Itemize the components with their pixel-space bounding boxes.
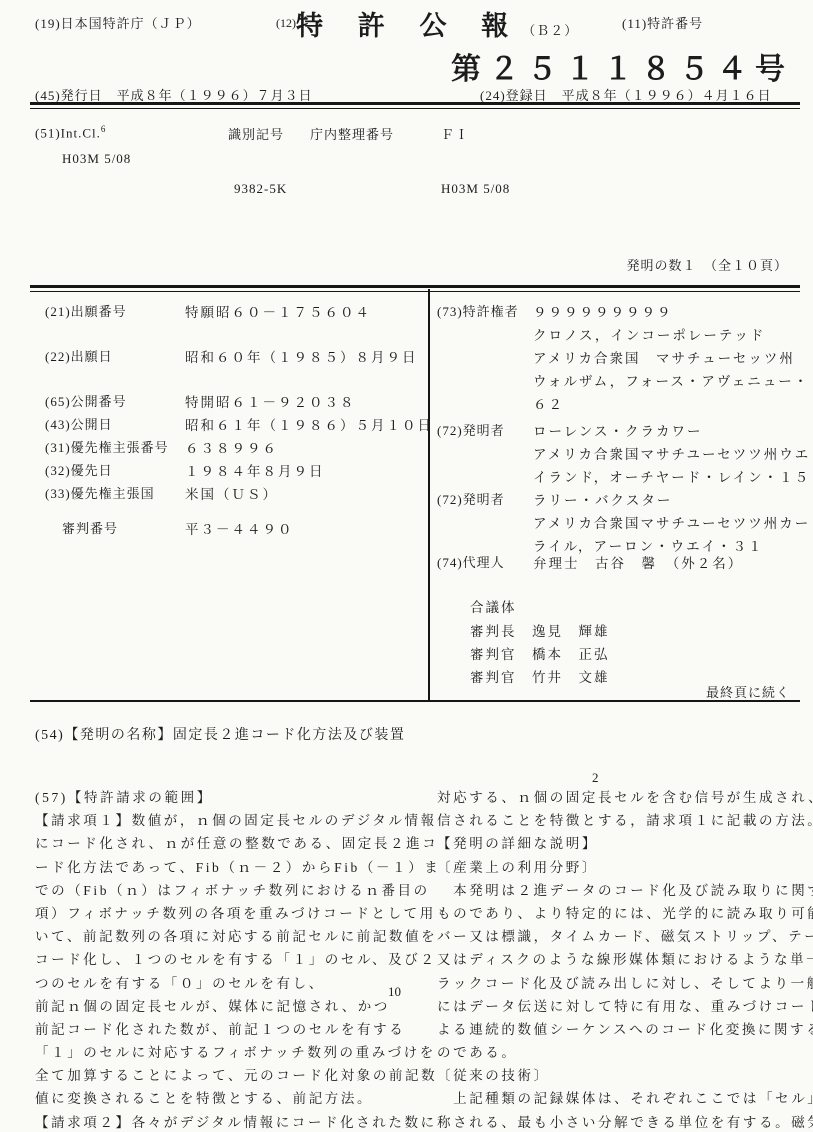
office-ref-header: 庁内整理番号 — [310, 124, 394, 143]
body-line: のである。 — [437, 1041, 803, 1064]
body-line: にコード化され、ｎが任意の整数である、固定長２進コ — [35, 832, 413, 855]
publication-date-label: (43)公開日 — [45, 414, 113, 433]
panel-title: 合議体 — [470, 596, 517, 616]
application-number-label: (21)出願番号 — [45, 301, 127, 320]
body-line: 値に変換されることを特徴とする、前記方法。 — [35, 1087, 413, 1110]
ident-code-header: 識別記号 — [228, 124, 284, 143]
priority-country-label: (33)優先権主張国 — [45, 483, 155, 502]
invention-count: 発明の数１ （全１０頁） — [626, 255, 788, 274]
body-line: 信されることを特徴とする，請求項１に記載の方法。 — [437, 809, 803, 832]
priority-country-value: 米国（ＵＳ） — [185, 483, 278, 503]
body-line: (57)【特許請求の範囲】 — [35, 786, 413, 809]
publication-number-label: (65)公開番号 — [45, 391, 127, 410]
appeal-number-value: 平３－４４９０ — [185, 518, 294, 538]
panel-role: 審判官 — [470, 647, 517, 662]
body-line: ものであり、より特定的には、光学的に読み取り可能な — [437, 902, 803, 925]
body-line: ード化方法であって、Fib（ｎ－２）からFib（－１）ま — [35, 856, 413, 879]
inventor1-address-line1: アメリカ合衆国マサチユーセツツ州ウエ — [533, 443, 810, 463]
inventor1-label: (72)発明者 — [437, 420, 505, 439]
body-line: 項）フィボナッチ数列の各項を重みづけコードとして用 — [35, 902, 413, 925]
body-line: 【請求項１】数値が，ｎ個の固定長セルのデジタル情報 — [35, 809, 413, 832]
body-line: 〔従来の技術〕 — [437, 1064, 803, 1087]
body-line: 全て加算することによって、元のコード化対象の前記数 — [35, 1064, 413, 1087]
panel-name: 竹井 文雄 — [532, 670, 610, 685]
publication-date-value: 昭和６１年（１９８６）５月１０日 — [185, 414, 433, 434]
priority-date-label: (32)優先日 — [45, 460, 113, 479]
panel-name: 橋本 正弘 — [532, 647, 610, 662]
body-line: いて、前記数列の各項に対応する前記セルに前記数値を — [35, 925, 413, 948]
body-line: 【発明の詳細な説明】 — [437, 832, 803, 855]
panel-member-examiner2: 審判官 竹井 文雄 — [470, 666, 610, 686]
biblio-box-bottom-rule — [30, 700, 800, 702]
filing-date-label: (22)出願日 — [45, 346, 113, 365]
patentee-address-line1: アメリカ合衆国 マサチューセッツ州 — [533, 347, 795, 367]
body-line: にはデータ伝送に対して特に有用な、重みづけコードに — [437, 995, 803, 1018]
body-line: コード化し、１つのセルを有する「１」のセル、及び２ — [35, 948, 413, 971]
panel-member-examiner1: 審判官 橋本 正弘 — [470, 643, 610, 663]
column-page-number: 2 — [592, 770, 599, 786]
patentee-address-line3: ６２ — [533, 393, 564, 413]
body-line: 前記コード化された数が、前記１つのセルを有する — [35, 1018, 413, 1041]
body-line: バー又は標識，タイムカード、磁気ストリップ、テープ — [437, 925, 803, 948]
body-line: 【請求項２】各々がデジタル情報にコード化された数に — [35, 1111, 413, 1132]
body-line: 対応する、ｎ個の固定長セルを含む信号が生成され、送 — [437, 786, 803, 809]
body-line: 「１」のセルに対応するフィボナッチ数列の重みづけを — [35, 1041, 413, 1064]
body-line: 上記種類の記録媒体は、それぞれここでは「セル」と — [437, 1087, 803, 1110]
priority-number-label: (31)優先権主張番号 — [45, 437, 169, 456]
body-line: 称される、最も小さい分解できる単位を有する。磁気媒 — [437, 1111, 803, 1132]
agent-name: 弁理士 古谷 馨 （外２名） — [533, 552, 743, 572]
body-line: 前記ｎ個の固定長セルが、媒体に記憶され、かつ — [35, 995, 413, 1018]
body-line: での（Fib（ｎ）はフィボナッチ数列におけるｎ番目の — [35, 879, 413, 902]
body-line: 本発明は２進データのコード化及び読み取りに関する — [437, 879, 803, 902]
priority-number-value: ６３８９９６ — [185, 437, 278, 457]
gazette-title: (12)特 許 公 報（Ｂ２） — [276, 4, 578, 43]
intcl-edition-superscript: 6 — [101, 124, 106, 134]
filing-date-value: 昭和６０年（１９８５）８月９日 — [185, 346, 418, 366]
inventor2-label: (72)発明者 — [437, 489, 505, 508]
inventor1-address-line2: イランド，オーチヤード・レイン・１５ — [533, 466, 810, 486]
patentee-address-line2: ウォルザム，フォース・アヴェニュー・ — [533, 370, 809, 390]
inventor1-name: ローレンス・クラカワー — [533, 420, 703, 440]
fi-header: ＦＩ — [441, 124, 469, 143]
patent-gazette-page: (19)日本国特許庁（ＪＰ） (12)特 許 公 報（Ｂ２） (11)特許番号 … — [0, 0, 813, 1132]
application-number-value: 特願昭６０－１７５６０４ — [185, 301, 371, 321]
priority-date-value: １９８４年８月９日 — [185, 460, 325, 480]
fi-value: H03M 5/08 — [441, 181, 510, 197]
body-line: ラックコード化及び読み出しに対し、そしてより一般的 — [437, 972, 803, 995]
patent-number-label: (11)特許番号 — [622, 13, 703, 32]
inventor2-name: ラリー・バクスター — [533, 489, 672, 509]
intcl-value: H03M 5/08 — [62, 151, 131, 167]
biblio-box-divider — [428, 289, 430, 702]
panel-role: 審判官 — [470, 670, 517, 685]
continued-on-last-page-note: 最終頁に続く — [706, 682, 790, 701]
patentee-label: (73)特許権者 — [437, 301, 519, 320]
body-line: よる連続的数値シーケンスへのコード化変換に関するも — [437, 1018, 803, 1041]
biblio-box-top-rule — [30, 285, 800, 292]
publication-number-value: 特開昭６１－９２０３８ — [185, 391, 356, 411]
agent-label: (74)代理人 — [437, 552, 505, 571]
panel-member-chief: 審判長 逸見 輝雄 — [470, 620, 610, 640]
body-line: つのセルを有する「０」のセルを有し、 — [35, 972, 413, 995]
intcl-label-text: (51)Int.Cl. — [35, 125, 101, 140]
body-right-column: 対応する、ｎ個の固定長セルを含む信号が生成され、送 信されることを特徴とする，請… — [437, 786, 803, 1132]
appeal-number-label: 審判番号 — [62, 518, 118, 537]
patent-office-name: (19)日本国特許庁（ＪＰ） — [35, 13, 201, 32]
body-line: 〔産業上の利用分野〕 — [437, 856, 803, 879]
body-left-column: (57)【特許請求の範囲】 【請求項１】数値が，ｎ個の固定長セルのデジタル情報 … — [35, 786, 413, 1132]
office-ref-value: 9382-5K — [234, 181, 287, 197]
invention-title: (54)【発明の名称】固定長２進コード化方法及び装置 — [35, 724, 405, 744]
intcl-label: (51)Int.Cl.6 — [35, 124, 105, 141]
patentee-name: クロノス，インコーポレーテッド — [533, 324, 765, 344]
body-line: 又はディスクのような線形媒体類におけるような単一ト — [437, 948, 803, 971]
patent-number: 第２５１１８５４号 — [451, 44, 793, 88]
panel-name: 逸見 輝雄 — [532, 624, 610, 639]
panel-role: 審判長 — [470, 624, 517, 639]
inventor2-address-line1: アメリカ合衆国マサチユーセツツ州カー — [533, 512, 810, 532]
patentee-id: ９９９９９９９９９ — [533, 301, 673, 321]
gazette-title-text: 特 許 公 報 — [296, 11, 522, 41]
doc-code: (12) — [276, 16, 296, 30]
doc-kind: （Ｂ２） — [522, 23, 578, 38]
header-divider-rule — [30, 102, 800, 109]
